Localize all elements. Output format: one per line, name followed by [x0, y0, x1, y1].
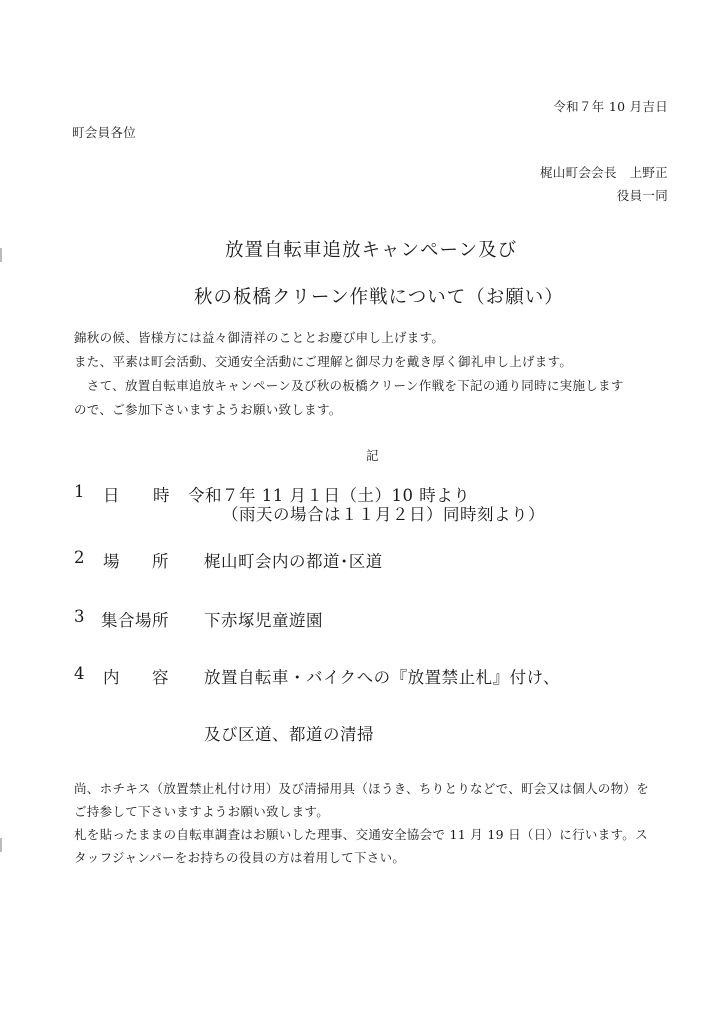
- intro-paragraph-3-line-1: さて、放置自転車追放キャンペーン及び秋の板橋クリーン作戦を下記の通り同時に実施し…: [74, 376, 624, 394]
- recipient: 町会員各位: [72, 123, 136, 141]
- intro-paragraph-1: 錦秋の候、皆様方には益々御清祥のこととお慶び申し上げます。: [74, 328, 444, 346]
- note-line-4: タッフジャンパーをお持ちの役員の方は着用して下さい。: [74, 848, 405, 866]
- item-2-number: 2: [74, 548, 85, 567]
- scan-edge-mark: [0, 248, 2, 262]
- item-4-value-line-2: 及び区道、都道の清掃: [204, 721, 374, 745]
- note-line-2: ご持参して下さいますようお願い致します。: [74, 802, 329, 820]
- item-3-value: 下赤塚児童遊園: [204, 607, 323, 631]
- document-page: 令和７年 10 月吉日 町会員各位 梶山町会会長 上野正 役員一同 放置自転車追…: [0, 0, 724, 1024]
- item-3-label: 集合場所: [101, 607, 169, 631]
- item-4-number: 4: [74, 664, 85, 683]
- item-4-label-b: 容: [152, 664, 169, 688]
- item-2-label-a: 場: [103, 548, 120, 572]
- title-line-2: 秋の板橋クリーン作戦について（お願い）: [194, 283, 564, 309]
- note-line-3: 札を貼ったままの自転車調査はお願いした理事、交通安全協会で 11 月 19 日（…: [74, 825, 648, 843]
- item-4-value: 放置自転車・バイクへの『放置禁止札』付け、: [204, 664, 560, 688]
- item-1-value-line-2: （雨天の場合は１１月２日）同時刻より）: [222, 501, 545, 525]
- intro-paragraph-2: また、平素は町会活動、交通安全活動にご理解と御尽力を戴き厚く御礼申し上げます。: [74, 352, 572, 370]
- title-line-1: 放置自転車追放キャンペーン及び: [225, 236, 517, 262]
- issue-date: 令和７年 10 月吉日: [553, 97, 668, 115]
- item-3-number: 3: [74, 607, 85, 626]
- sender-line-1: 梶山町会会長 上野正: [540, 163, 668, 181]
- item-1-label-a: 日: [103, 482, 120, 506]
- intro-paragraph-3-line-2: ので、ご参加下さいますようお願い致します。: [74, 400, 342, 418]
- item-2-label-b: 所: [152, 548, 169, 572]
- item-1-label-b: 時: [153, 482, 170, 506]
- item-2-value: 梶山町会内の都道･区道: [204, 548, 383, 572]
- item-1-number: 1: [74, 482, 85, 501]
- scan-edge-mark: [0, 838, 2, 852]
- note-line-1: 尚、ホチキス（放置禁止札付け用）及び清掃用具（ほうき、ちりとりなどで、町会又は個…: [74, 779, 649, 797]
- sender-line-2: 役員一同: [617, 186, 668, 204]
- ki-heading: 記: [366, 446, 379, 464]
- item-4-label-a: 内: [103, 664, 120, 688]
